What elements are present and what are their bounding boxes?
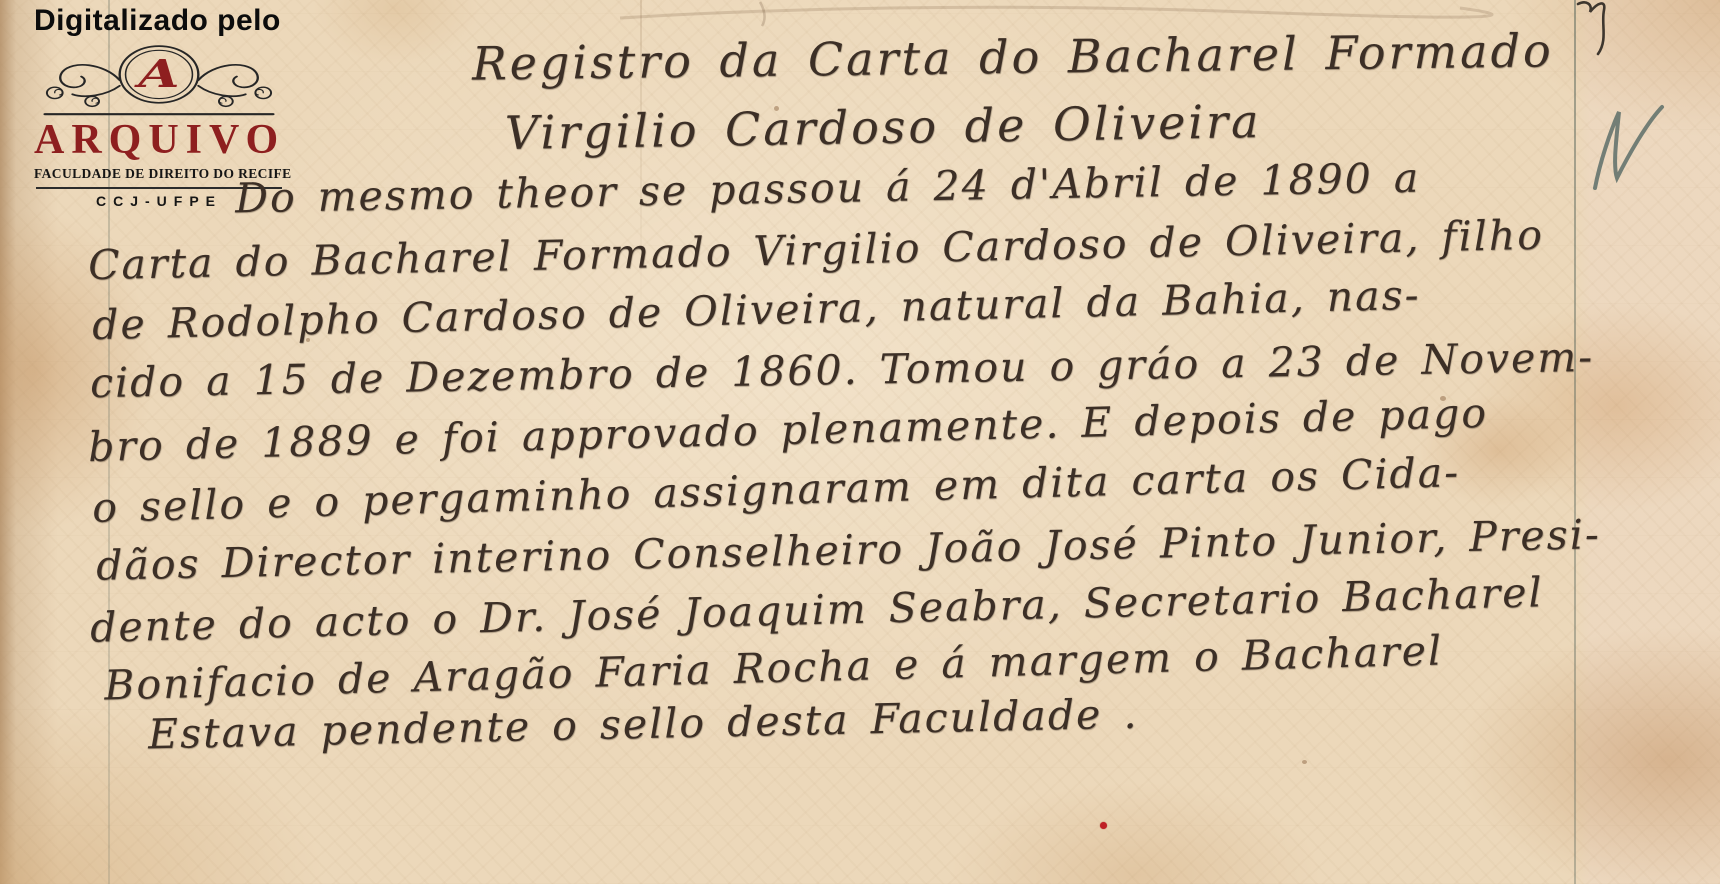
manuscript-title-line-1: Registro da Carta do Bacharel Formado [472, 27, 1554, 86]
watermark-caption: Digitalizado pelo [34, 6, 284, 36]
archive-logo-icon: A [41, 39, 277, 117]
manuscript-body-line-3: de Rodolpho Cardoso de Oliveira, natural… [92, 275, 1421, 346]
right-margin-rule [1574, 0, 1576, 884]
paper-speck [1440, 396, 1446, 401]
paper-speck [774, 106, 779, 111]
paper-speck [306, 338, 310, 342]
archive-name: ARQUIVO [34, 119, 284, 161]
digitized-manuscript-page: Digitalizado pelo [0, 0, 1720, 884]
manuscript-title-line-2: Virgilio Cardoso de Oliveira [505, 98, 1262, 156]
ink-mark-icon [1566, 0, 1626, 58]
manuscript-body-line-1: Do mesmo theor se passou á 24 d'Abril de… [235, 158, 1421, 220]
pencil-margin-mark-icon [1588, 100, 1670, 196]
paper-speck [1302, 760, 1307, 764]
red-ink-dot [1100, 822, 1107, 829]
archive-monogram: A [134, 52, 180, 97]
